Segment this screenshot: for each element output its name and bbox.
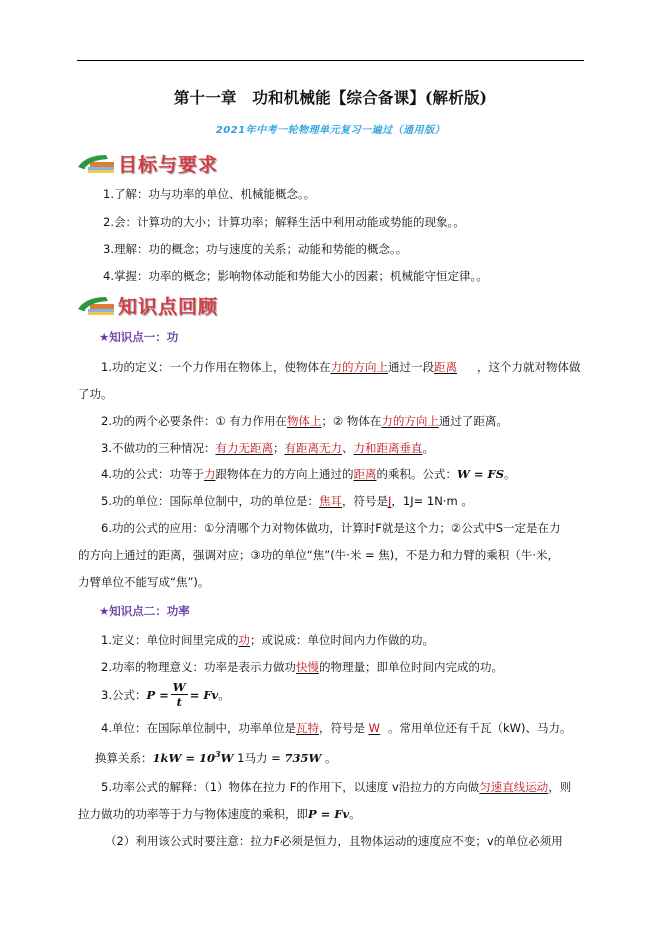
goal-item: 1.了解：功与功率的单位、机械能概念。。 <box>103 186 315 202</box>
answer-blank: 力的方向上 <box>381 414 439 428</box>
answer-blank: 距离 <box>353 467 376 481</box>
answer-blank: 瓦特 <box>296 721 319 735</box>
header-rule <box>77 60 584 61</box>
paragraph-power-unit: 4.单位：在国际单位制中，功率单位是瓦特，符号是 W。常用单位还有千瓦（kW)、… <box>101 720 572 736</box>
book-stack-icon <box>76 293 116 317</box>
paragraph-power-explanation: 5.功率公式的解释：（1）物体在拉力 F的作用下，以速度 v沿拉力的方向做匀速直… <box>101 779 571 795</box>
formula: P = Fv <box>308 807 349 821</box>
paragraph-continuation: 力臂单位不能写成“焦”)。 <box>78 574 209 590</box>
paragraph-application: 6.功的公式的应用：①分清哪个力对物体做功，计算时F就是这个力；②公式中S一定是… <box>101 520 561 536</box>
answer-blank: W <box>369 721 388 735</box>
answer-blank: 距离 <box>434 360 477 374</box>
paragraph-note: （2）利用该公式时要注意：拉力F必须是恒力，且物体运动的速度应不变；v的单位必须… <box>105 833 563 849</box>
paragraph-continuation: 拉力做功的功率等于力与物体速度的乘积，即P = Fv。 <box>78 806 361 822</box>
paragraph-power-definition: 1.定义：单位时间里完成的功；或说成：单位时间内力作做的功。 <box>101 632 434 648</box>
paragraph-power-formula: 3.公式： P = W t = Fv 。 <box>101 680 230 709</box>
formula: W = FS <box>457 467 504 481</box>
answer-blank: 物体上 <box>287 414 322 428</box>
goal-item: 2.会：计算功的大小；计算功率；解释生活中利用动能或势能的现象。。 <box>103 214 465 230</box>
page-title: 第十一章 功和机械能【综合备课】(解析版) <box>0 86 661 108</box>
answer-blank: 功 <box>238 633 250 647</box>
answer-blank: 有距离无力 <box>284 441 342 455</box>
answer-blank: 焦耳 <box>319 494 342 508</box>
knowledge-point-heading: ★知识点二：功率 <box>99 603 190 619</box>
answer-blank: 力和距离垂直 <box>353 441 422 455</box>
paragraph-continuation: 的方向上通过的距离，强调对应；③功的单位“焦”(牛·米 = 焦)，不是力和力臂的… <box>78 547 559 563</box>
paragraph-work-formula: 4.功的公式：功等于力跟物体在力的方向上通过的距离的乘积。公式：W = FS。 <box>101 466 516 482</box>
section-heading-label: 知识点回顾 <box>118 292 218 319</box>
paragraph-conversion: 换算关系：1kW = 103W 1马力 = 735W 。 <box>95 749 337 766</box>
document-page: 第十一章 功和机械能【综合备课】(解析版) 2021年中考一轮物理单元复习一遍过… <box>0 0 661 935</box>
section-heading-goals: 目标与要求 <box>76 150 218 176</box>
goal-item: 3.理解：功的概念；功与速度的关系；动能和势能的概念。。 <box>103 241 407 257</box>
answer-blank: 力的方向上 <box>330 360 388 374</box>
goal-item: 4.掌握：功率的概念；影响物体动能和势能大小的因素；机械能守恒定律。。 <box>103 268 488 284</box>
section-heading-review: 知识点回顾 <box>76 292 218 318</box>
knowledge-point-heading: ★知识点一：功 <box>99 329 178 345</box>
answer-blank: 有力无距离 <box>215 441 273 455</box>
paragraph-definition: 1.功的定义：一个力作用在物体上，使物体在力的方向上通过一段距离，这个力就对物体… <box>101 359 580 375</box>
paragraph-conditions: 2.功的两个必要条件：① 有力作用在物体上；② 物体在力的方向上通过了距离。 <box>101 413 508 429</box>
answer-blank: 匀速直线运动 <box>479 780 548 794</box>
paragraph-no-work-cases: 3.不做功的三种情况：有力无距离；有距离无力、力和距离垂直。 <box>101 440 434 456</box>
answer-blank: 快慢 <box>296 660 319 674</box>
fraction: W t <box>171 680 188 709</box>
book-stack-icon <box>76 151 116 175</box>
paragraph-work-unit: 5.功的单位：国际单位制中，功的单位是：焦耳，符号是J，1J= 1N·m 。 <box>101 493 473 509</box>
section-heading-label: 目标与要求 <box>118 150 218 177</box>
page-subtitle: 2021年中考一轮物理单元复习一遍过（通用版） <box>0 121 661 136</box>
answer-blank: 力 <box>204 467 216 481</box>
paragraph-continuation: 了功。 <box>78 386 113 402</box>
paragraph-power-meaning: 2.功率的物理意义：功率是表示力做功快慢的物理量；即单位时间内完成的功。 <box>101 659 503 675</box>
